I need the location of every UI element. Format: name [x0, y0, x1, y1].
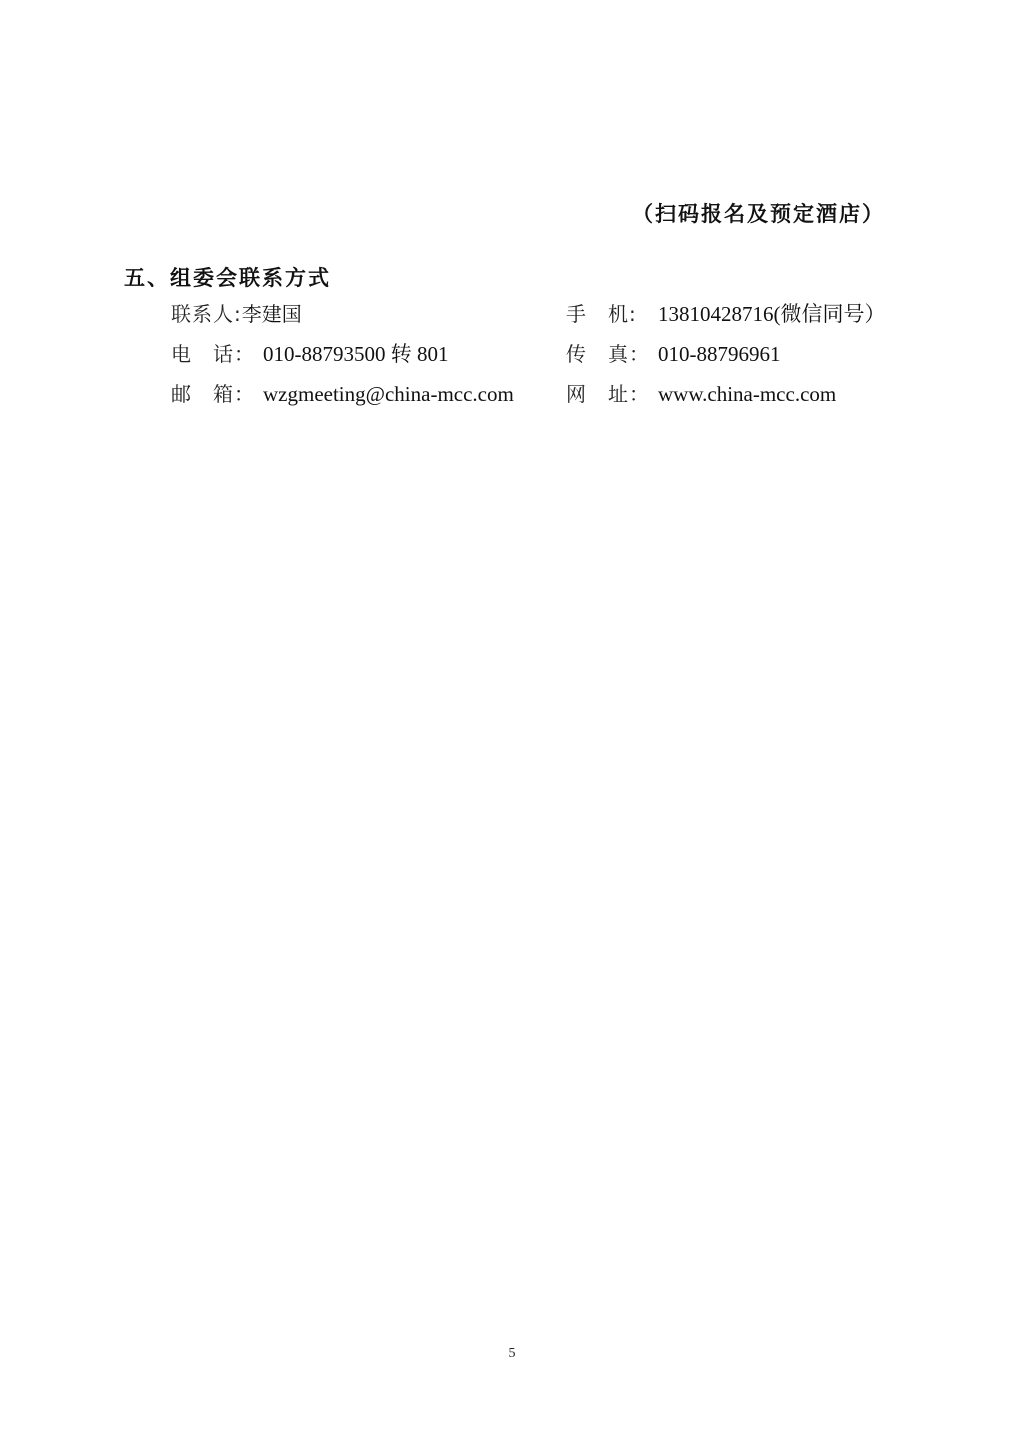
email-value[interactable]: wzgmeeting@china-mcc.com [263, 380, 514, 408]
page-number: 5 [0, 1346, 1024, 1362]
contact-person-value: 李建国 [242, 300, 302, 328]
website-label: 网 址： [566, 380, 658, 408]
mobile-value: 13810428716(微信同号） [658, 300, 886, 328]
mobile-row: 手 机:13810428716(微信同号） [566, 300, 886, 328]
section-title: 五、组委会联系方式 [124, 262, 331, 292]
phone-label: 电 话： [171, 340, 263, 368]
email-row: 邮 箱：wzgmeeting@china-mcc.com [171, 380, 514, 408]
fax-row: 传 真：010-88796961 [566, 340, 781, 368]
qr-code-caption: （扫码报名及预定酒店） [632, 198, 885, 228]
website-value[interactable]: www.china-mcc.com [658, 380, 836, 408]
mobile-label: 手 机: [566, 300, 658, 328]
contact-person-label: 联系人: [171, 300, 242, 328]
fax-value: 010-88796961 [658, 340, 781, 368]
website-row: 网 址：www.china-mcc.com [566, 380, 836, 408]
contact-person-row: 联系人:李建国 [171, 300, 302, 328]
document-page: （扫码报名及预定酒店） 五、组委会联系方式 联系人:李建国 电 话：010-88… [0, 0, 1024, 1448]
phone-value: 010-88793500 转 801 [263, 340, 449, 368]
email-label: 邮 箱： [171, 380, 263, 408]
phone-row: 电 话：010-88793500 转 801 [171, 340, 449, 368]
fax-label: 传 真： [566, 340, 658, 368]
